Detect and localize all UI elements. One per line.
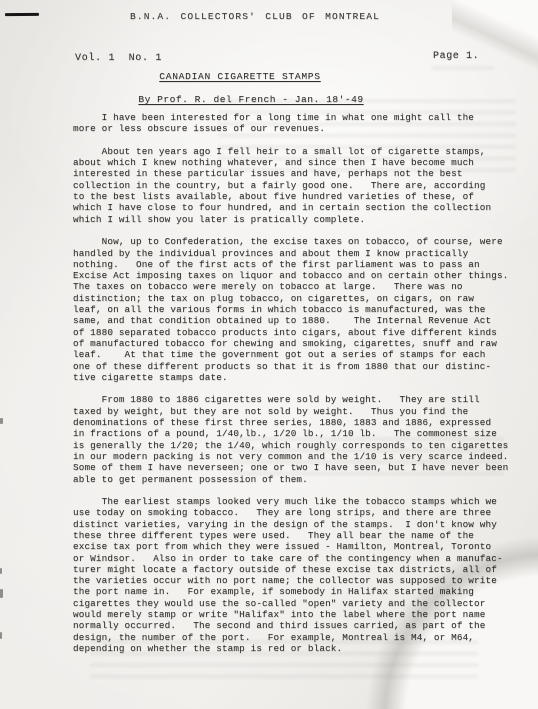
edge-speck	[0, 589, 3, 598]
paragraph-3: Now, up to Confederation, the excise tax…	[73, 236, 532, 383]
volume-issue-label: Vol. 1 No. 1	[75, 53, 162, 64]
paragraph-1: I have been interested for a long time i…	[73, 112, 532, 135]
paragraph-5: The earliest stamps looked very much lik…	[73, 496, 532, 654]
article-body: I have been interested for a long time i…	[73, 112, 532, 666]
paragraph-2: About ten years ago I fell heir to a sma…	[73, 146, 532, 225]
page-number-label: Page 1.	[433, 51, 479, 62]
edge-speck	[0, 632, 2, 639]
edge-speck	[0, 418, 3, 424]
edge-speck	[0, 568, 2, 574]
article-title: CANADIAN CIGARETTE STAMPS	[0, 71, 480, 82]
document-page: B.N.A. COLLECTORS' CLUB OF MONTREAL Vol.…	[0, 0, 538, 709]
paragraph-4: From 1880 to 1886 cigarettes were sold b…	[73, 394, 532, 484]
article-byline: By Prof. R. del French - Jan. 18'-49	[0, 94, 502, 105]
club-name-header: B.N.A. COLLECTORS' CLUB OF MONTREAL	[0, 11, 510, 22]
